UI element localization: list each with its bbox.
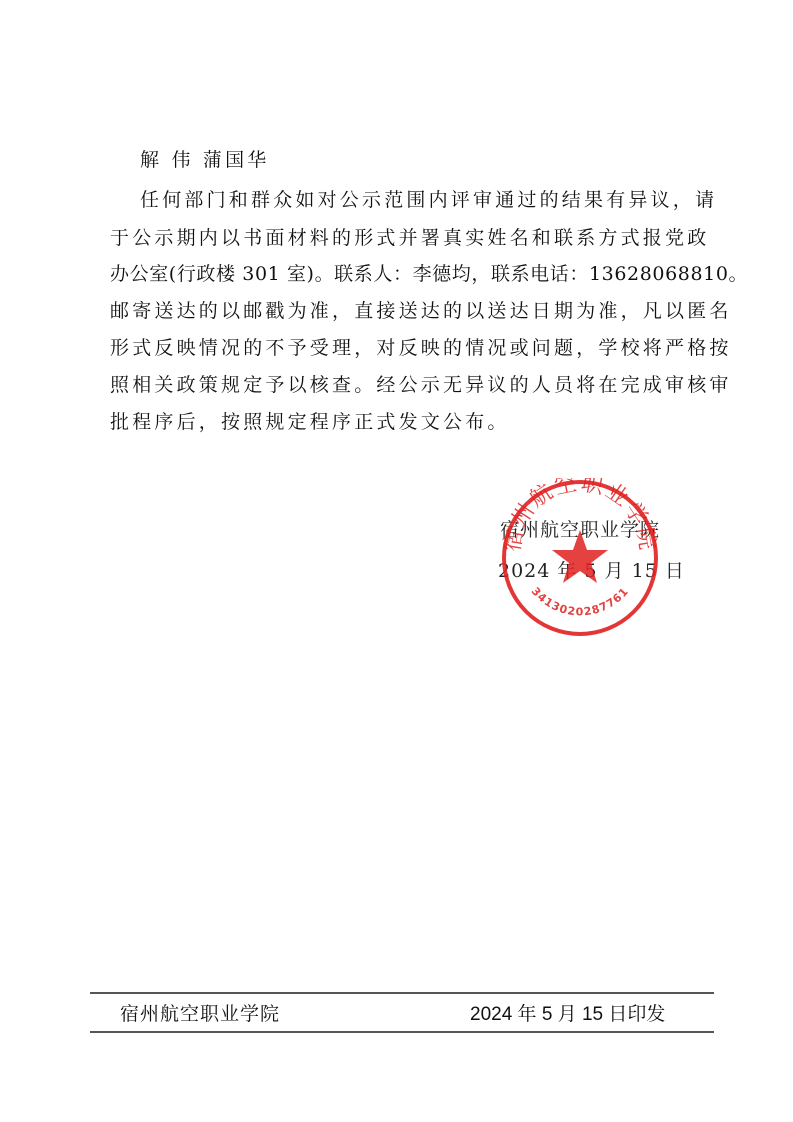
body-line: 邮寄送达的以邮戳为准，直接送达的以送达日期为准，凡以匿名 bbox=[110, 299, 732, 323]
footer-top-rule bbox=[90, 992, 714, 994]
footer-org: 宿州航空职业学院 bbox=[120, 999, 280, 1026]
body-line: 形式反映情况的不予受理，对反映的情况或问题，学校将严格按 bbox=[110, 336, 732, 360]
body-line: 办公室(行政楼 301 室)。联系人：李德均，联系电话：13628068810。 bbox=[110, 262, 748, 286]
names-line: 解 伟 蒲国华 bbox=[140, 148, 269, 172]
signature-org: 宿州航空职业学院 bbox=[500, 515, 660, 542]
body-line: 任何部门和群众如对公示范围内评审通过的结果有异议，请 bbox=[140, 188, 717, 212]
footer-bottom-rule bbox=[90, 1031, 714, 1033]
signature-date: 2024 年 5 月 15 日 bbox=[498, 556, 685, 583]
body-line: 批程序后，按照规定程序正式发文公布。 bbox=[110, 410, 510, 434]
svg-text:3413020287761: 3413020287761 bbox=[529, 585, 632, 619]
footer-issue-date: 2024 年 5 月 15 日印发 bbox=[470, 999, 665, 1026]
body-line: 照相关政策规定予以核查。经公示无异议的人员将在完成审核审 bbox=[110, 373, 732, 397]
body-line: 于公示期内以书面材料的形式并署真实姓名和联系方式报党政 bbox=[110, 226, 709, 250]
